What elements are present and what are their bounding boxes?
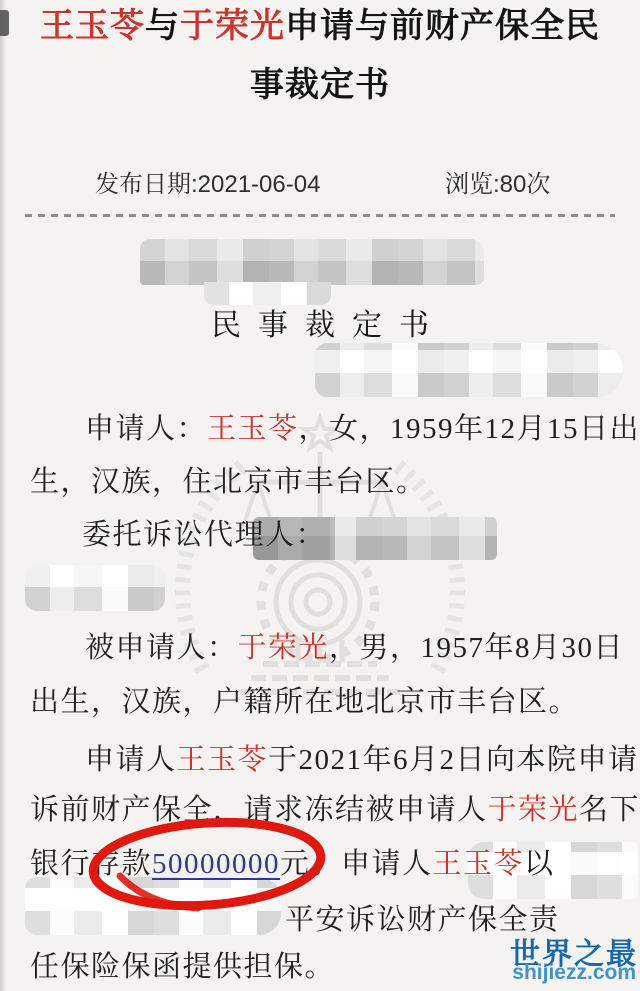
redacted-court-name [140,239,484,285]
request-applicant-name: 王玉苓 [177,744,269,776]
freeze-respondent-name: 于荣光 [488,794,580,826]
paragraph-guarantee: 任保险保函提供担保。 [30,951,335,983]
paragraph-applicant: 申请人：王玉苓，女，1959年12月15日出 [85,413,640,445]
respondent-name: 于荣光 [238,632,330,664]
applicant-label: 申请人： [85,413,207,445]
request-pre: 申请人 [85,744,177,776]
respondent-label: 被申请人： [85,632,238,664]
redacted-court-name-tail [204,282,331,305]
page-title-line2: 事裁定书 [0,66,640,104]
page-title-line1: 王玉苓与于荣光申请与前财产保全民 [0,7,640,45]
freeze-after: 名下 [579,794,640,826]
scan-edge-shadow [0,0,6,991]
title-rest: 申请与前财产保全民 [285,7,600,45]
title-applicant-name: 王玉苓 [40,7,145,45]
paragraph-respondent-wrap: 出生，汉族，户籍所在地北京市丰台区。 [30,686,579,718]
paragraph-respondent: 被申请人：于荣光，男，1957年8月30日 [85,632,624,664]
title-conjunction: 与 [145,7,180,45]
request-after: 于2021年6月2日向本院申请 [268,744,639,776]
paragraph-applicant-wrap: 生，汉族，住北京市丰台区。 [30,466,427,498]
applicant-name: 王玉苓 [207,413,299,445]
article-page: 王玉苓与于荣光申请与前财产保全民 事裁定书 发布日期:2021-06-04 浏览… [0,0,640,991]
redacted-left-block [25,565,165,611]
dashed-divider [25,214,615,217]
respondent-info: ，男，1957年8月30日 [329,632,624,664]
title-respondent-name: 于荣光 [180,7,285,45]
amount-applicant-name: 王玉苓 [433,848,525,880]
publish-date: 发布日期:2021-06-04 [95,164,320,199]
agent-label: 委托诉讼代理人： [82,519,326,551]
view-count: 浏览:80次 [445,164,550,199]
paragraph-request: 申请人王玉苓于2021年6月2日向本院申请 [85,744,639,776]
site-watermark-domain: shijiezz.com [512,961,636,985]
redacted-case-number [315,343,623,397]
applicant-info: ，女，1959年12月15日出 [299,413,640,445]
document-heading: 民事裁定书 [0,300,640,344]
amount-after: 以 [524,848,555,880]
hand-drawn-red-circle [80,808,342,920]
